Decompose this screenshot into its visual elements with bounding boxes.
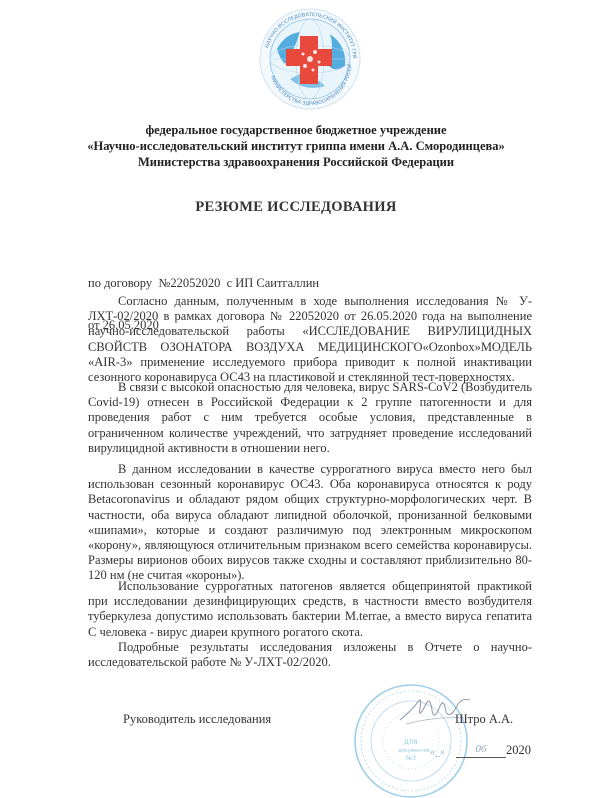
paragraph-report-reference: Подробные результаты исследования изложе…: [88, 640, 532, 670]
date-year: 2020: [506, 743, 531, 758]
institute-logo: НАУЧНО-ИССЛЕДОВАТЕЛЬСКИЙ ИНСТИТУТ ГРИППА…: [255, 4, 365, 114]
svg-text:ДЛЯ: ДЛЯ: [404, 739, 417, 746]
paragraph-sars-cov2: В связи с высокой опасностью для человек…: [88, 380, 532, 456]
document-title: РЕЗЮМЕ ИССЛЕДОВАНИЯ: [0, 199, 592, 216]
date-day: «_»: [430, 747, 456, 758]
paragraph-surrogate-practice: Использование суррогатных патогенов явля…: [88, 579, 532, 640]
svg-text:документов: документов: [398, 748, 430, 754]
signer-role: Руководитель исследования: [123, 712, 271, 727]
date-month: 06: [456, 743, 506, 758]
signature-date: «_» 06 2020: [430, 743, 531, 758]
paragraph-surrogate-virus: В данном исследовании в качестве суррога…: [88, 462, 532, 584]
contract-number: по договору №22052020 с ИП Саитгаллин: [88, 276, 319, 290]
org-ministry: Министерства здравоохранения Российской …: [0, 154, 592, 170]
org-name: «Научно-исследовательский институт грипп…: [0, 138, 592, 154]
paragraph-results: Согласно данным, полученным в ходе выпол…: [88, 294, 532, 385]
organization-header: федеральное государственное бюджетное уч…: [0, 122, 592, 170]
signer-name: Штро А.А.: [455, 712, 513, 727]
org-type: федеральное государственное бюджетное уч…: [0, 122, 592, 138]
institute-emblem-icon: НАУЧНО-ИССЛЕДОВАТЕЛЬСКИЙ ИНСТИТУТ ГРИППА…: [255, 4, 365, 114]
svg-text:№3: №3: [406, 755, 416, 762]
